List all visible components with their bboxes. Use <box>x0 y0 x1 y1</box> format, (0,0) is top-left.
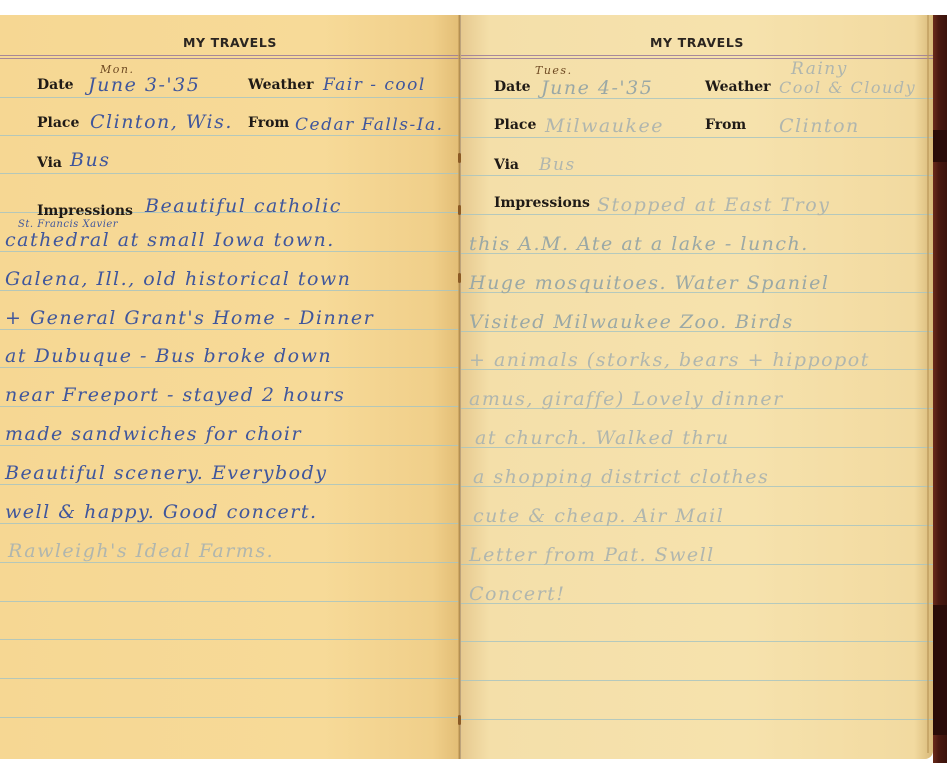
weather-label: Weather <box>248 77 314 93</box>
ruled-line <box>0 251 460 252</box>
impressions-line: a shopping district clothes <box>473 466 769 488</box>
impressions-line: near Freeport - stayed 2 hours <box>5 384 345 406</box>
place-label: Place <box>37 115 79 131</box>
ruled-line <box>0 523 460 524</box>
weather-label: Weather <box>705 79 771 95</box>
cover-shadow <box>933 130 947 162</box>
impressions-first-line: Beautiful catholic <box>145 195 342 217</box>
date-value: June 4-'35 <box>541 77 653 99</box>
impressions-first-line: Stopped at East Troy <box>597 194 830 216</box>
impressions-line: this A.M. Ate at a lake - lunch. <box>469 233 809 255</box>
impressions-line: Letter from Pat. Swell <box>469 544 715 566</box>
ruled-line <box>0 135 460 136</box>
ruled-line <box>0 97 460 98</box>
place-label: Place <box>494 117 536 133</box>
impressions-line: Galena, Ill., old historical town <box>5 268 351 290</box>
via-label: Via <box>494 157 519 173</box>
ruled-line <box>461 137 933 138</box>
via-value: Bus <box>539 155 576 175</box>
place-value: Clinton, Wis. <box>90 111 233 133</box>
impressions-line: + General Grant's Home - Dinner <box>5 307 374 329</box>
via-value: Bus <box>70 149 110 171</box>
weather-note: Rainy <box>791 59 848 79</box>
ruled-line <box>461 175 933 176</box>
header-double-rule <box>461 55 933 59</box>
ruled-line <box>0 484 460 485</box>
left-page: MY TRAVELS Mon. Date June 3-'35 Weather … <box>0 15 460 759</box>
ruled-line <box>461 641 933 642</box>
impressions-label: Impressions <box>37 203 133 219</box>
ruled-line <box>461 98 933 99</box>
ruled-line <box>461 719 933 720</box>
date-label: Date <box>37 77 74 93</box>
impressions-line: cathedral at small Iowa town. <box>5 229 335 251</box>
date-label: Date <box>494 79 531 95</box>
ruled-line <box>0 406 460 407</box>
diary-spread: MY TRAVELS Mon. Date June 3-'35 Weather … <box>0 15 947 763</box>
page-header: MY TRAVELS <box>461 35 933 50</box>
ruled-line <box>0 173 460 174</box>
date-value: June 3-'35 <box>88 74 200 96</box>
impressions-line: cute & cheap. Air Mail <box>473 505 724 527</box>
impressions-line: + animals (storks, bears + hippopot <box>469 349 870 371</box>
day-note: Tues. <box>535 64 573 77</box>
pencil-note: Rawleigh's Ideal Farms. <box>8 540 274 562</box>
ruled-line <box>0 639 460 640</box>
impressions-line: at church. Walked thru <box>475 427 730 449</box>
impressions-line: at Dubuque - Bus broke down <box>5 345 332 367</box>
ruled-line <box>461 680 933 681</box>
place-value: Milwaukee <box>545 115 664 137</box>
weather-value: Cool & Cloudy <box>779 78 916 97</box>
impressions-line: Concert! <box>469 583 565 605</box>
impressions-line: amus, giraffe) Lovely dinner <box>469 388 784 410</box>
ruled-line <box>0 717 460 718</box>
header-double-rule <box>0 55 460 59</box>
via-label: Via <box>37 155 62 171</box>
ruled-line <box>0 329 460 330</box>
ruled-line <box>0 562 460 563</box>
ruled-line <box>0 290 460 291</box>
ruled-line <box>0 678 460 679</box>
right-page: MY TRAVELS Tues. Date June 4-'35 Weather… <box>461 15 933 759</box>
from-value: Clinton <box>779 115 860 137</box>
from-label: From <box>705 117 746 133</box>
page-header: MY TRAVELS <box>0 35 460 50</box>
ruled-line <box>0 445 460 446</box>
cover-shadow <box>933 605 947 735</box>
impressions-line: Beautiful scenery. Everybody <box>5 462 328 484</box>
ruled-line <box>0 601 460 602</box>
impressions-line: Visited Milwaukee Zoo. Birds <box>469 311 794 333</box>
impressions-label: Impressions <box>494 195 590 211</box>
impressions-line: Huge mosquitoes. Water Spaniel <box>469 272 829 294</box>
impressions-line: well & happy. Good concert. <box>5 501 318 523</box>
impressions-line: made sandwiches for choir <box>5 423 302 445</box>
from-label: From <box>248 115 289 131</box>
ruled-line <box>0 367 460 368</box>
from-value: Cedar Falls-Ia. <box>295 115 444 135</box>
weather-value: Fair - cool <box>323 75 426 95</box>
